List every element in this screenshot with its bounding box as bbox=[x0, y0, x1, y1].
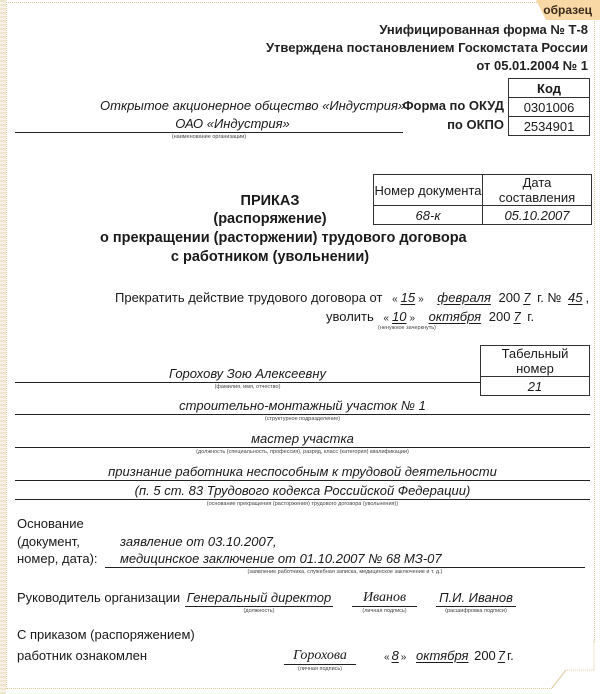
sample-badge-label: образец bbox=[543, 3, 592, 17]
dismiss-day: 10 bbox=[389, 309, 409, 324]
codes-header: Код bbox=[509, 79, 590, 98]
personnel-number-table: Табельный номер 21 bbox=[480, 345, 590, 396]
terminate-label: Прекратить действие трудового договора о… bbox=[115, 290, 382, 305]
form-number: Унифицированная форма № Т-8 bbox=[379, 22, 588, 37]
doc-number-table: Номер документа Дата составления 68-к 05… bbox=[373, 174, 592, 225]
doc-number-header: Номер документа bbox=[374, 175, 483, 206]
dismiss-year-digit: 7 bbox=[510, 309, 523, 324]
quote-close: » bbox=[401, 652, 407, 663]
department: строительно-монтажный участок № 1 bbox=[15, 398, 590, 413]
head-label: Руководитель организации bbox=[17, 590, 180, 605]
org-underline bbox=[15, 132, 403, 133]
head-position-caption: (должность) bbox=[185, 608, 333, 614]
head-signature-underline bbox=[352, 606, 417, 607]
ack-year-digit: 7 bbox=[496, 648, 507, 663]
contract-number: 45 bbox=[565, 290, 585, 305]
terminate-month: февраля bbox=[433, 290, 495, 305]
doc-date-header: Дата составления bbox=[483, 175, 592, 206]
dismiss-month: октября bbox=[425, 309, 485, 324]
quote-close: » bbox=[409, 313, 415, 324]
head-decoded-underline bbox=[436, 606, 516, 607]
title-directive: (распоряжение) bbox=[170, 211, 370, 227]
page-curl-icon bbox=[550, 640, 596, 690]
dismiss-year-prefix: 200 bbox=[489, 309, 511, 324]
head-decoded-name: П.И. Иванов bbox=[436, 590, 516, 605]
approval-date: от 05.01.2004 № 1 bbox=[476, 58, 588, 73]
basis-value2: медицинское заключение от 01.10.2007 № 6… bbox=[120, 551, 442, 566]
okud-label: Форма по ОКУД bbox=[402, 98, 504, 113]
head-decoded-caption: (расшифровка подписи) bbox=[436, 608, 516, 614]
employee-name-caption: (фамилия, имя, отчество) bbox=[15, 384, 480, 390]
quote-close: » bbox=[418, 294, 424, 305]
grounds-underline1 bbox=[15, 480, 590, 481]
org-short-name: ОАО «Индустрия» bbox=[100, 116, 365, 131]
employee-name-underline bbox=[15, 382, 480, 383]
basis-underline bbox=[105, 567, 585, 568]
grounds-underline2 bbox=[15, 499, 590, 500]
terminate-year-digit: 7 bbox=[520, 290, 533, 305]
terminate-year-suffix: г. № bbox=[537, 290, 561, 305]
ack-month: октября bbox=[414, 648, 470, 663]
title-dismissal: с работником (увольнении) bbox=[150, 249, 390, 265]
ack-signature-caption: (личная подпись) bbox=[284, 666, 356, 672]
ack-label2: работник ознакомлен bbox=[17, 648, 147, 663]
okpo-label: по ОКПО bbox=[447, 117, 504, 132]
doc-number-value: 68-к bbox=[374, 206, 483, 225]
doc-date-value: 05.10.2007 bbox=[483, 206, 592, 225]
title-termination: о прекращении (расторжении) трудового до… bbox=[100, 230, 440, 246]
page-bottom-edge bbox=[6, 688, 552, 689]
basis-caption: (заявление работника, служебная записка,… bbox=[105, 569, 585, 575]
title-order: ПРИКАЗ bbox=[200, 193, 340, 209]
position: мастер участка bbox=[15, 431, 590, 446]
ack-signature-underline bbox=[284, 664, 356, 665]
department-caption: (структурное подразделение) bbox=[15, 416, 590, 422]
terminate-year-prefix: 200 bbox=[499, 290, 521, 305]
basis-label1: Основание bbox=[17, 516, 84, 531]
okud-code: 0301006 bbox=[509, 98, 590, 117]
ack-year-suffix: г. bbox=[507, 648, 514, 663]
employee-name: Горохову Зою Алексеевну bbox=[15, 366, 480, 381]
quote-open: « bbox=[392, 294, 398, 305]
quote-open: « bbox=[384, 652, 390, 663]
comma: , bbox=[586, 290, 590, 305]
terminate-day: 15 bbox=[398, 290, 418, 305]
department-underline bbox=[15, 414, 590, 415]
ack-label1: С приказом (распоряжением) bbox=[17, 627, 195, 642]
personnel-number-value: 21 bbox=[481, 377, 590, 396]
basis-value1: заявление от 03.10.2007, bbox=[120, 534, 277, 549]
head-signature-caption: (личная подпись) bbox=[352, 608, 417, 614]
ack-signature: Горохова bbox=[284, 648, 356, 664]
position-caption: (должность (специальность, профессия), р… bbox=[15, 449, 590, 455]
codes-table: Код 0301006 2534901 bbox=[508, 78, 590, 136]
ack-day: 8 bbox=[390, 648, 401, 663]
ack-year-prefix: 200 bbox=[474, 648, 496, 663]
org-full-name: Открытое акционерное общество «Индустрия… bbox=[100, 98, 365, 113]
page-right-edge bbox=[594, 2, 596, 642]
approval-line: Утверждена постановлением Госкомстата Ро… bbox=[266, 40, 588, 55]
personnel-number-header: Табельный номер bbox=[481, 346, 590, 377]
dismiss-caption: (ненужное зачеркнуть) bbox=[378, 325, 436, 331]
basis-label3: номер, дата): bbox=[17, 551, 98, 566]
grounds-line2: (п. 5 ст. 83 Трудового кодекса Российско… bbox=[15, 483, 590, 498]
head-signature: Иванов bbox=[352, 590, 417, 606]
dismiss-label: уволить bbox=[326, 309, 374, 324]
position-underline bbox=[15, 447, 590, 448]
basis-label2: (документ, bbox=[17, 534, 80, 549]
terminate-row: Прекратить действие трудового договора о… bbox=[115, 290, 589, 305]
head-position: Генеральный директор bbox=[185, 590, 333, 605]
okpo-code: 2534901 bbox=[509, 117, 590, 136]
org-caption: (наименование организации) bbox=[15, 134, 403, 140]
grounds-line1: признание работника неспособным к трудов… bbox=[15, 464, 590, 479]
dismiss-year-suffix: г. bbox=[527, 309, 534, 324]
grounds-caption: (основание прекращения (расторжения) тру… bbox=[15, 501, 590, 507]
dismiss-row: уволить «10» октября 2007 г. bbox=[326, 309, 534, 324]
head-position-underline bbox=[185, 606, 333, 607]
ack-date-row: «8» октября 2007г. bbox=[384, 648, 514, 663]
